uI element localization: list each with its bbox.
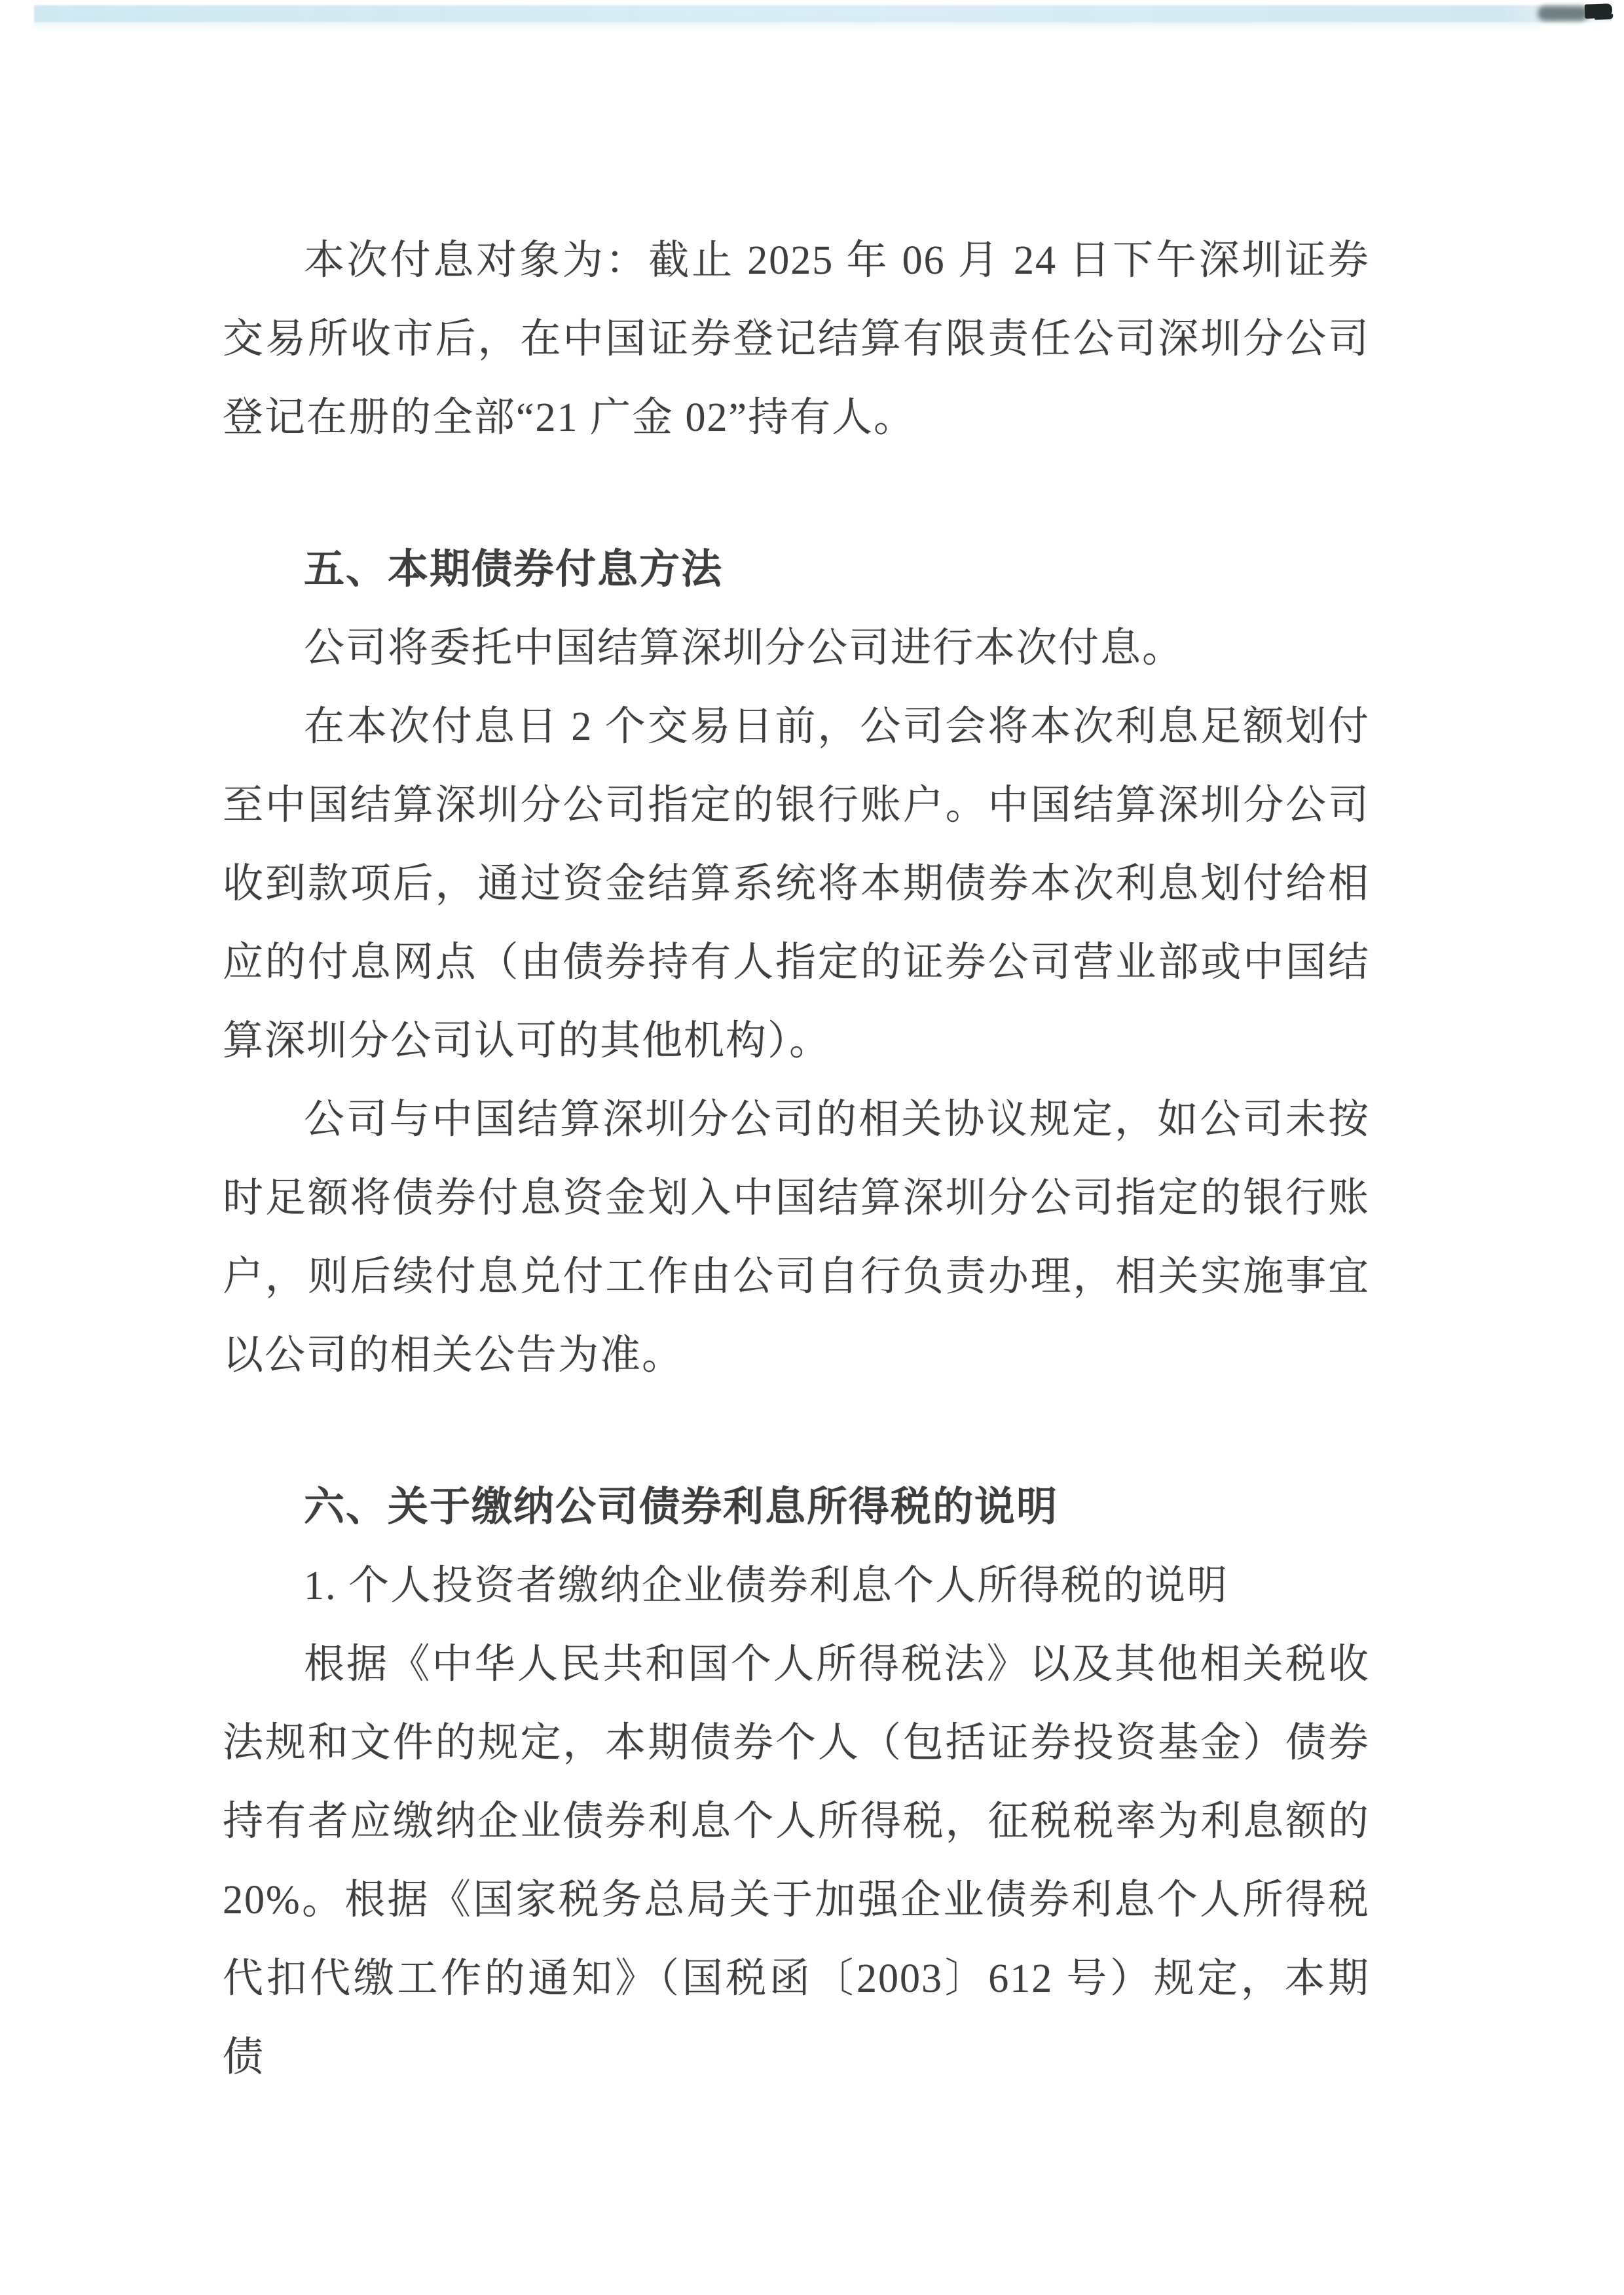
scan-artifact-ink-blob [1585, 3, 1613, 18]
paragraph-individual-tax-detail: 根据《中华人民共和国个人所得税法》以及其他相关税收法规和文件的规定，本期债券个人… [223, 1625, 1370, 2097]
document-body: 本次付息对象为：截止 2025 年 06 月 24 日下午深圳证券交易所收市后，… [223, 221, 1370, 2097]
scan-artifact-band-fade [34, 21, 1540, 31]
paragraph-individual-tax-subtitle: 1. 个人投资者缴纳企业债券利息个人所得税的说明 [223, 1547, 1370, 1625]
paragraph-transfer-process: 在本次付息日 2 个交易日前，公司会将本次利息足额划付至中国结算深圳分公司指定的… [223, 688, 1370, 1080]
document-page: 本次付息对象为：截止 2025 年 06 月 24 日下午深圳证券交易所收市后，… [0, 0, 1624, 2295]
paragraph-payment-recipients: 本次付息对象为：截止 2025 年 06 月 24 日下午深圳证券交易所收市后，… [223, 221, 1370, 457]
section-heading-5-payment-method: 五、本期债券付息方法 [223, 530, 1370, 609]
scan-artifact-smudge [1538, 6, 1589, 21]
scan-artifact-top-band [34, 5, 1612, 22]
paragraph-agreement-provision: 公司与中国结算深圳分公司的相关协议规定，如公司未按时足额将债券付息资金划入中国结… [223, 1080, 1370, 1395]
section-heading-6-interest-tax: 六、关于缴纳公司债券利息所得税的说明 [223, 1468, 1370, 1547]
paragraph-entrust-csdc: 公司将委托中国结算深圳分公司进行本次付息。 [223, 609, 1370, 688]
